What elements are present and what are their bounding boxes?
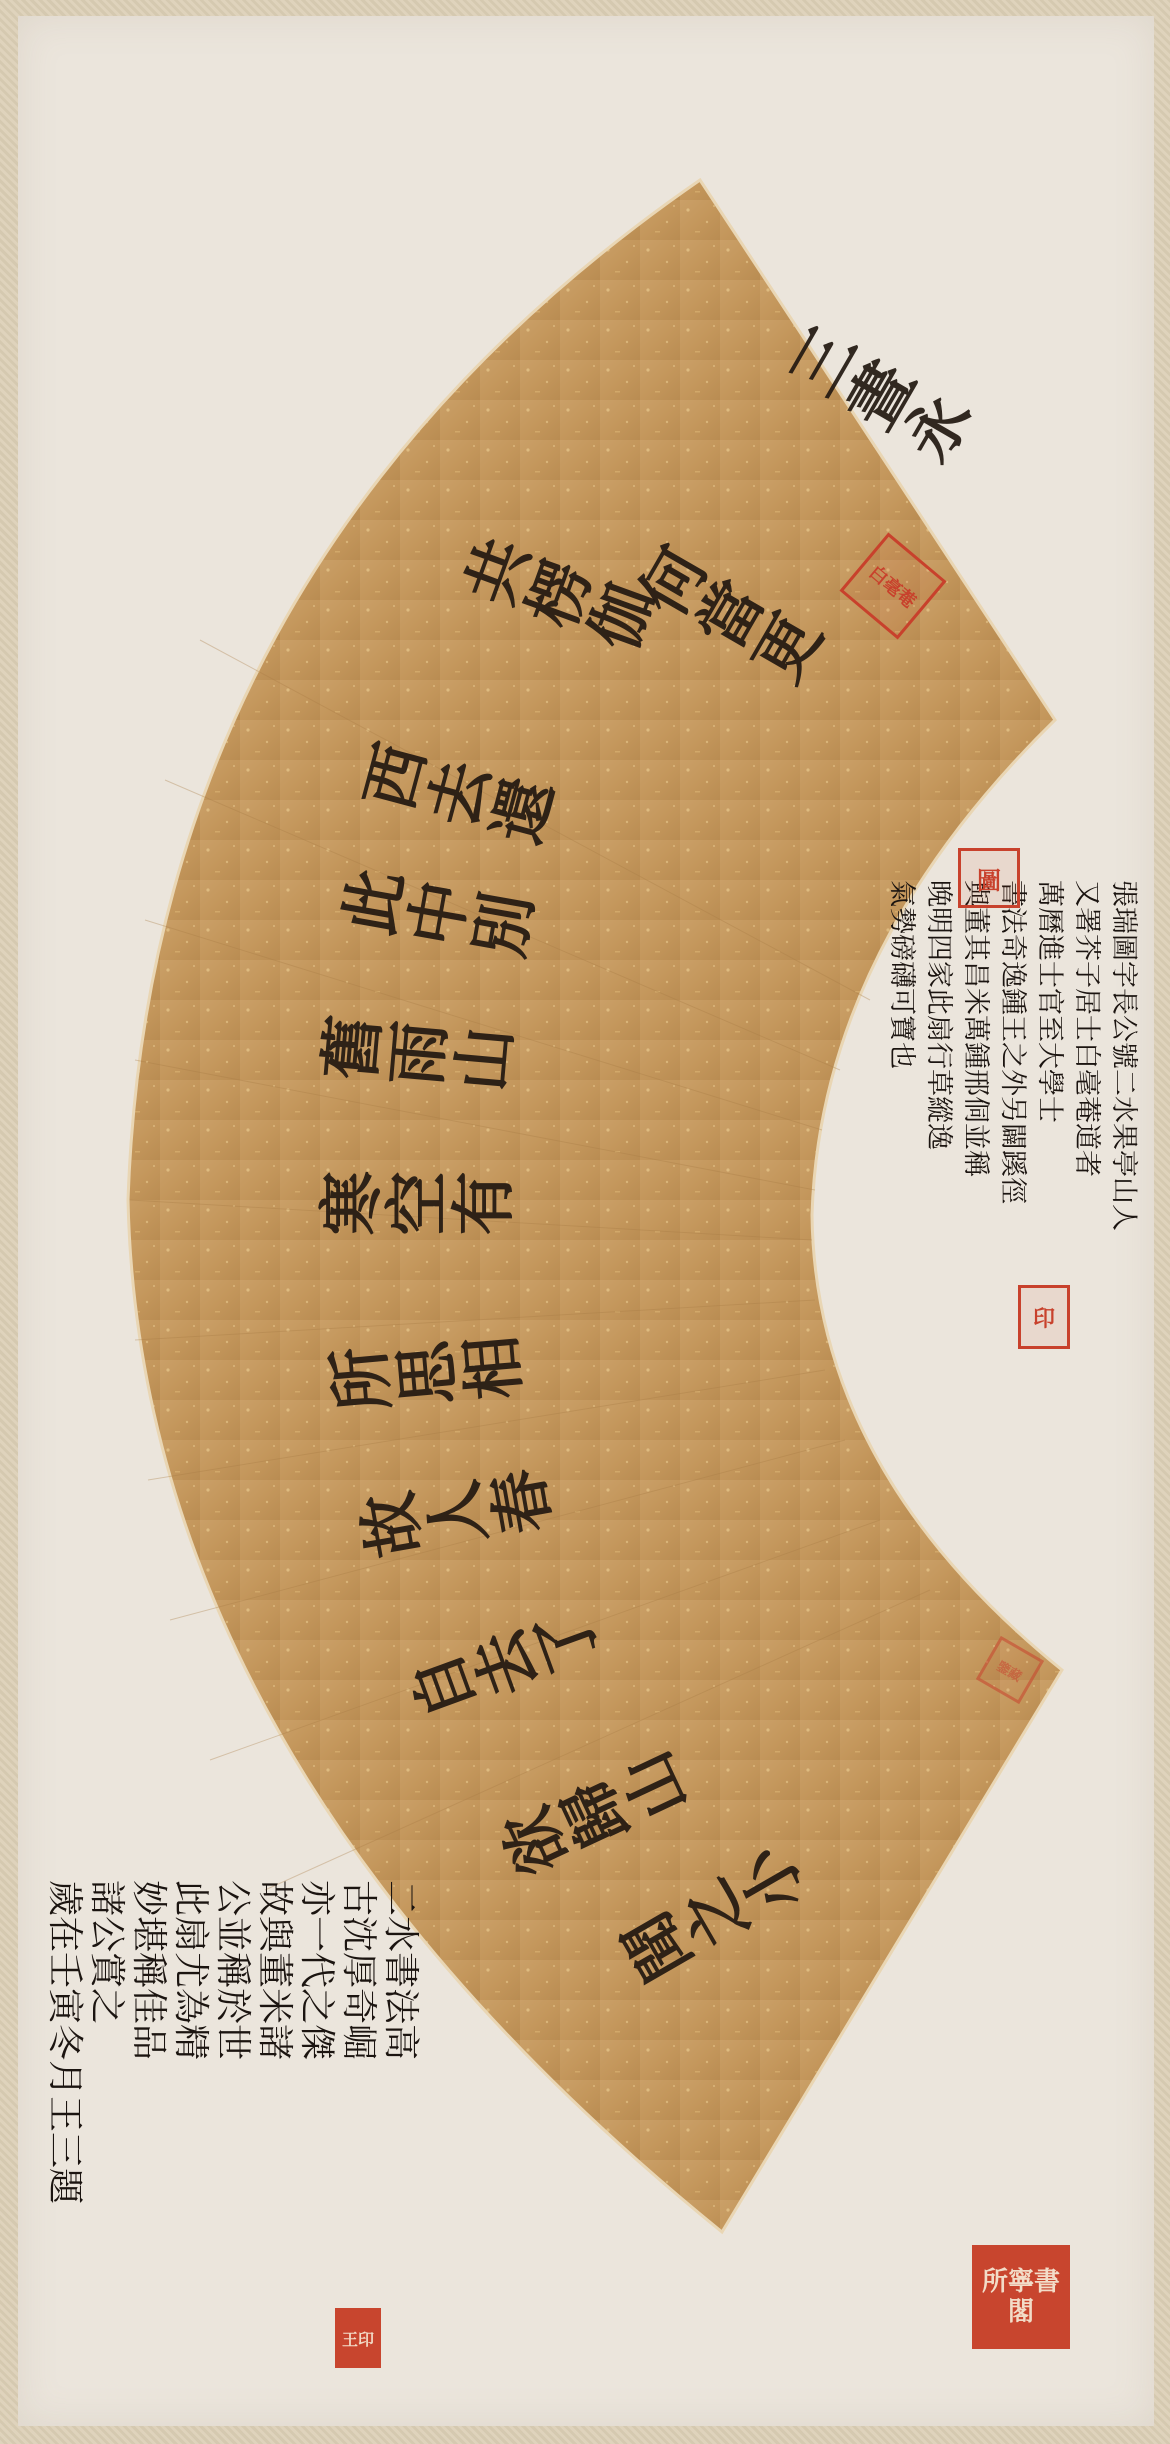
right-inscription-line: 萬曆進士官至大學士 <box>1033 880 1066 1620</box>
right-inscription-line: 又署芥子居士白毫菴道者 <box>1070 880 1103 1620</box>
right-inscription-line: 與董其昌米萬鍾邢侗並稱 <box>959 880 992 1620</box>
left-inscription-line: 故與董米諸 <box>254 1880 294 2320</box>
left-inscription: 二水書法高 古沈厚奇崛 亦一代之傑 故與董米諸 公並稱於世 此扇尤為精 妙堪稱佳… <box>40 1880 420 2320</box>
left-inscription-line: 此扇尤為精 <box>170 1880 210 2320</box>
seal-signature-icon: 王印 <box>335 2308 381 2368</box>
seal-right-bottom-icon: 印 <box>1018 1285 1070 1349</box>
left-inscription-line: 亦一代之傑 <box>296 1880 336 2320</box>
left-inscription-line: 諸公賞之 <box>86 1880 126 2320</box>
left-inscription-line: 歲在壬寅冬月王三題 <box>44 1880 84 2320</box>
left-inscription-line: 二水書法高 <box>380 1880 420 2320</box>
right-inscription-line: 書法奇逸鍾王之外另闢蹊徑 <box>996 880 1029 1620</box>
left-inscription-line: 古沈厚奇崛 <box>338 1880 378 2320</box>
seal-collector-icon: 所寧書閣 <box>972 2245 1070 2349</box>
left-inscription-line: 公並稱於世 <box>212 1880 252 2320</box>
right-inscription-line: 晚明四家此扇行草縱逸 <box>922 880 955 1620</box>
seal-right-top-icon: 圖 <box>958 848 1020 908</box>
left-inscription-line: 妙堪稱佳品 <box>128 1880 168 2320</box>
fan-text-column-7: 寒空有 <box>318 1172 516 1246</box>
right-inscription-line: 氣勢磅礴可寶也 <box>885 880 918 1620</box>
right-inscription-line: 張瑞圖字長公號二水果亭山人 <box>1107 880 1140 1620</box>
right-inscription: 張瑞圖字長公號二水果亭山人 又署芥子居士白毫菴道者 萬曆進士官至大學士 書法奇逸… <box>880 880 1140 1620</box>
